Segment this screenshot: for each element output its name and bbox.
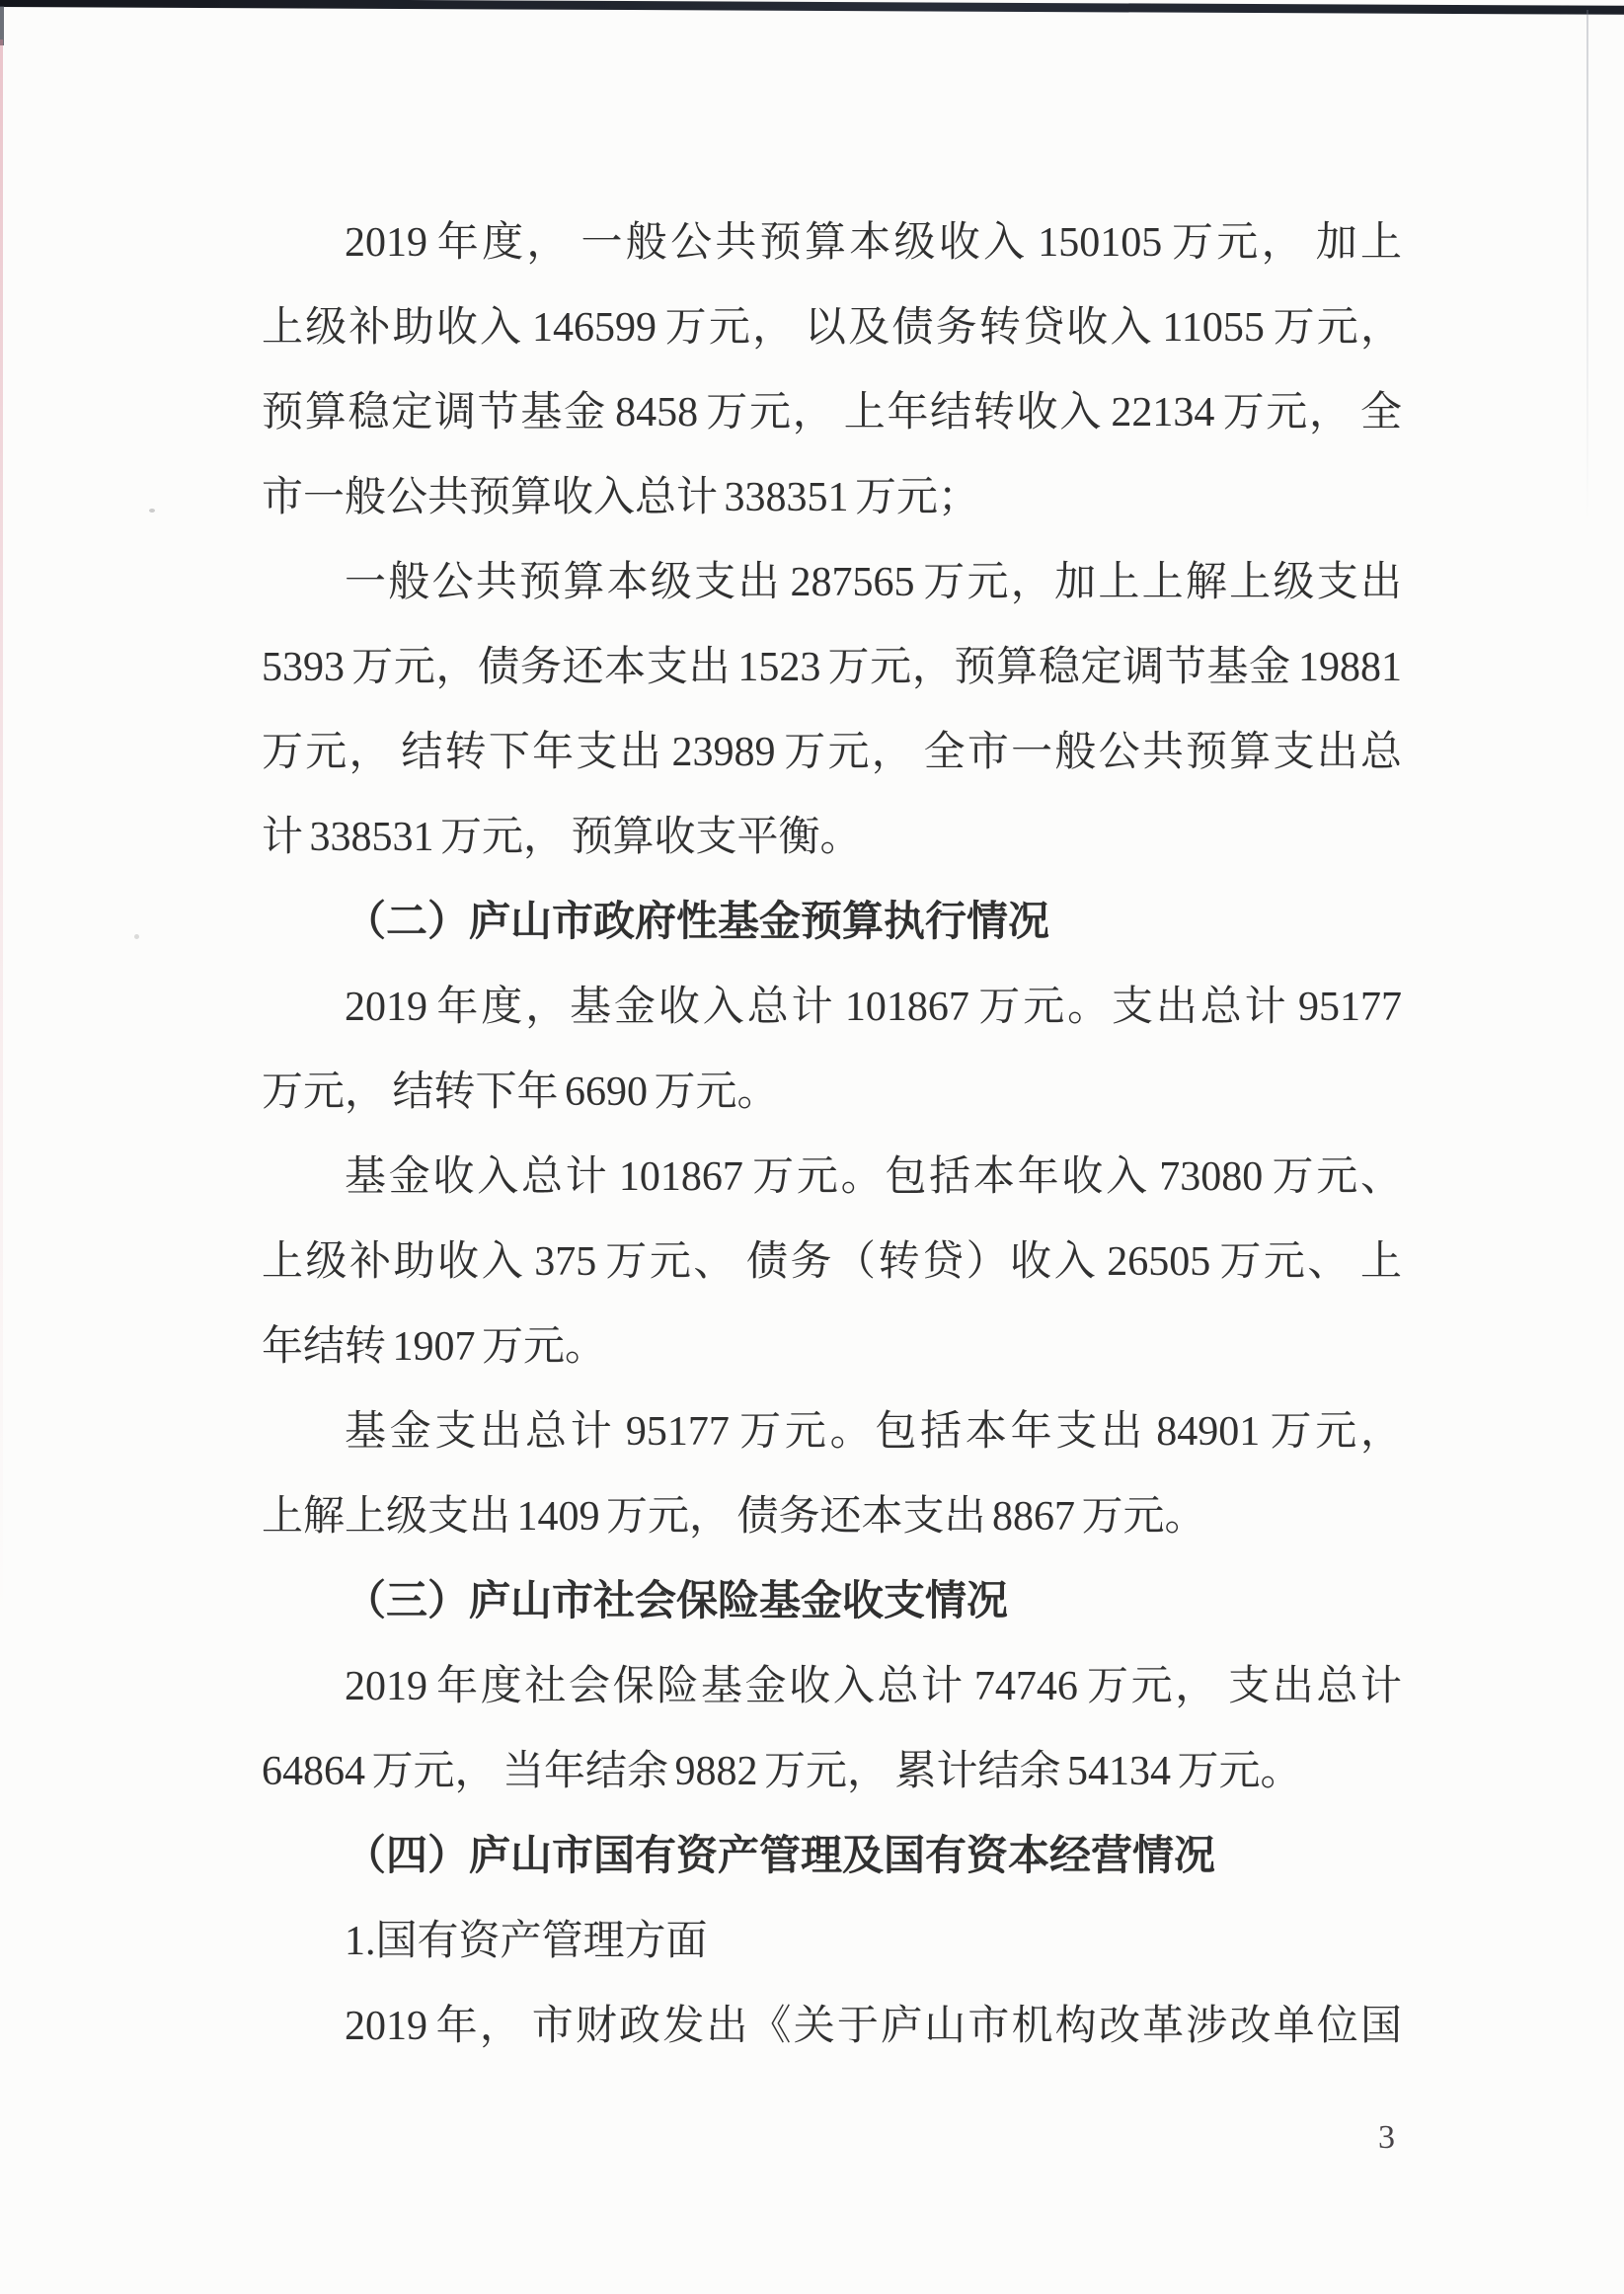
text-line: 5393 万元，债务还本支出 1523 万元，预算稳定调节基金 19881 (262, 625, 1402, 710)
text-line: 年结转 1907 万元。 (262, 1305, 1402, 1389)
section-heading: （二）庐山市政府性基金预算执行情况 (262, 880, 1402, 965)
text-line: 市一般公共预算收入总计 338351 万元； (262, 455, 1402, 540)
text-line: 2019 年度社会保险基金收入总计 74746 万元， 支出总计 (262, 1644, 1402, 1729)
scan-speck (149, 509, 155, 513)
subsection-heading: 1.国有资产管理方面 (262, 1899, 1402, 1984)
text-line: 2019 年， 市财政发出《关于庐山市机构改革涉改单位国 (262, 1984, 1402, 2069)
text-line: 上级补助收入 146599 万元， 以及债务转贷收入 11055 万元， (262, 285, 1402, 370)
section-heading: （四）庐山市国有资产管理及国有资本经营情况 (262, 1814, 1402, 1899)
text-line: 预算稳定调节基金 8458 万元， 上年结转收入 22134 万元， 全 (262, 370, 1402, 455)
text-line: 2019 年度，基金收入总计 101867 万元。支出总计 95177 (262, 965, 1402, 1050)
scan-left-edge-tint (0, 40, 3, 1620)
document-body: 2019 年度， 一般公共预算本级收入 150105 万元， 加上 上级补助收入… (262, 200, 1402, 2069)
text-line: 上解上级支出 1409 万元， 债务还本支出 8867 万元。 (262, 1474, 1402, 1559)
text-line: 基金支出总计 95177 万元。包括本年支出 84901 万元， (262, 1389, 1402, 1474)
text-line: 64864 万元， 当年结余 9882 万元， 累计结余 54134 万元。 (262, 1729, 1402, 1814)
page-number: 3 (1378, 2119, 1395, 2157)
text-line: 一般公共预算本级支出 287565 万元，加上上解上级支出 (262, 540, 1402, 625)
scan-right-edge-line (1586, 10, 1588, 523)
document-page: 2019 年度， 一般公共预算本级收入 150105 万元， 加上 上级补助收入… (0, 0, 1624, 2294)
text-line: 基金收入总计 101867 万元。包括本年收入 73080 万元、 (262, 1135, 1402, 1220)
scan-speck (134, 934, 139, 939)
text-line: 万元， 结转下年支出 23989 万元， 全市一般公共预算支出总 (262, 710, 1402, 795)
scan-top-edge (0, 0, 1624, 15)
text-line: 万元， 结转下年 6690 万元。 (262, 1050, 1402, 1135)
text-line: 上级补助收入 375 万元、 债务（转贷）收入 26505 万元、 上 (262, 1220, 1402, 1305)
text-line: 计 338531 万元， 预算收支平衡。 (262, 795, 1402, 880)
text-line: 2019 年度， 一般公共预算本级收入 150105 万元， 加上 (262, 200, 1402, 285)
section-heading: （三）庐山市社会保险基金收支情况 (262, 1559, 1402, 1644)
